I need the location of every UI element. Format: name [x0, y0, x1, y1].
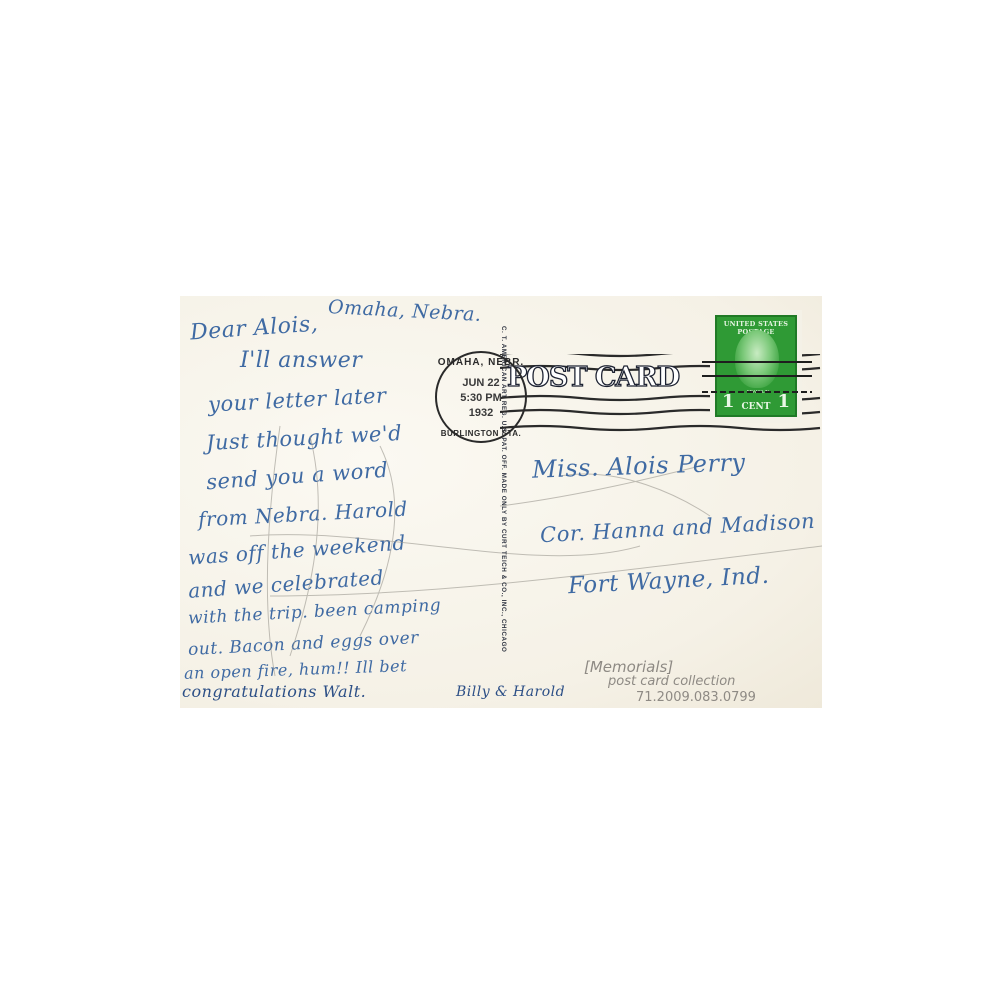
postcard-heading: POST CARD — [507, 362, 679, 393]
postmark-city: OMAHA, NEBR. — [437, 357, 525, 368]
postmark-date: JUN 22 — [437, 377, 525, 389]
postmark-year: 1932 — [437, 407, 525, 419]
postmark-station: BURLINGTON STA. — [437, 429, 525, 438]
postmark-time: 5:30 PM — [437, 392, 525, 404]
archival-note-collection: post card collection — [608, 674, 735, 689]
postcard-back: Omaha, Nebra. Dear Alois, I'll answer yo… — [180, 296, 822, 708]
stamp-cancel-lines — [702, 358, 812, 408]
postage-stamp: UNITED STATES POSTAGE FRANKLIN 1 1 CENT — [710, 310, 802, 423]
archival-note-accession: 71.2009.083.0799 — [636, 690, 756, 705]
postmark: OMAHA, NEBR. JUN 22 5:30 PM 1932 BURLING… — [435, 351, 527, 443]
